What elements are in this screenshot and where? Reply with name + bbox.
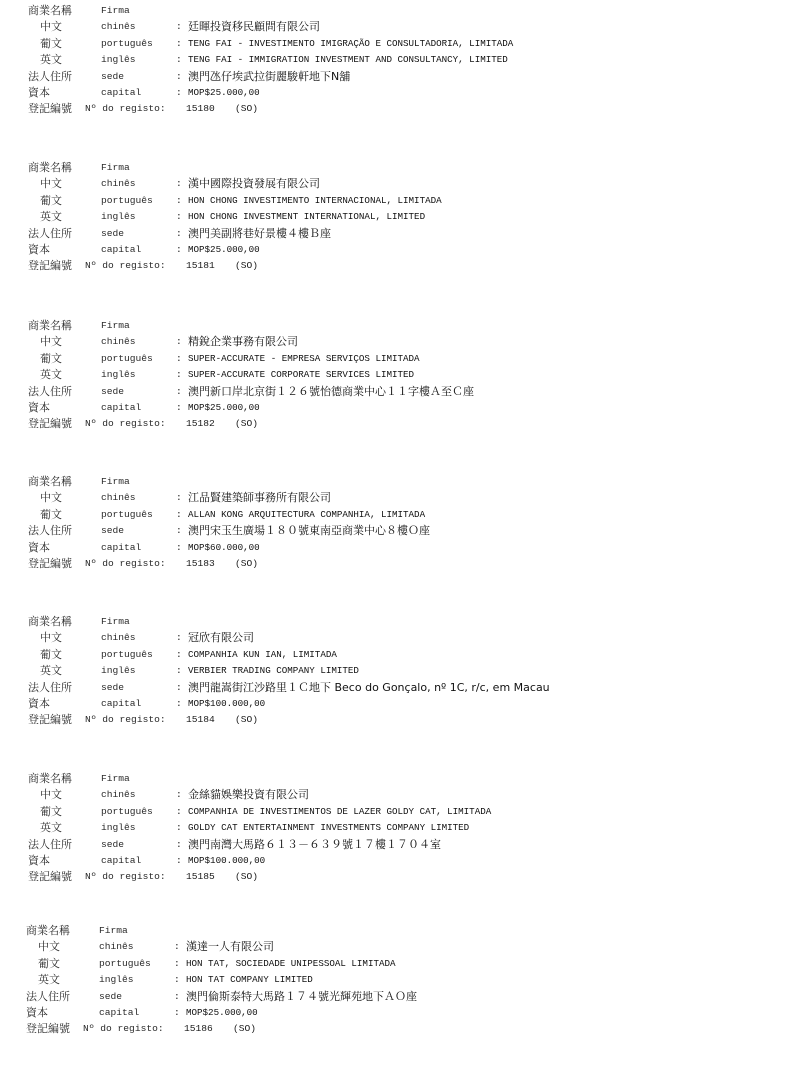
sede-label-zh: 法人住所	[28, 680, 72, 696]
capital-label-zh: 資本	[28, 853, 50, 869]
sede-label-pt: sede	[101, 680, 124, 696]
registo-label-pt: Nº do registo:	[85, 416, 166, 432]
firma-label-pt: Firma	[99, 923, 128, 939]
registo-label-pt: Nº do registo:	[85, 712, 166, 728]
colon: :	[176, 242, 182, 258]
colon: :	[176, 384, 182, 400]
firma-label-pt: Firma	[101, 318, 130, 334]
firma-label-zh: 商業名稱	[26, 923, 70, 939]
ingles-label-pt: inglês	[101, 52, 136, 68]
portugues-label-pt: português	[101, 647, 153, 663]
registered-address: 澳門氹仔埃武拉街麗駿軒地下N舖	[188, 69, 350, 85]
registration-suffix: (SO)	[233, 1021, 256, 1037]
capital-value: MOP$25.000,00	[188, 85, 260, 101]
ingles-label-pt: inglês	[99, 972, 134, 988]
colon: :	[176, 540, 182, 556]
capital-value: MOP$25.000,00	[188, 400, 260, 416]
english-name: VERBIER TRADING COMPANY LIMITED	[188, 663, 359, 679]
colon: :	[176, 400, 182, 416]
capital-label-zh: 資本	[26, 1005, 48, 1021]
chines-label-pt: chinês	[101, 630, 136, 646]
sede-label-pt: sede	[101, 69, 124, 85]
portugues-label-zh: 葡文	[40, 647, 62, 663]
registered-address: 澳門南灣大馬路６１３－６３９號１７樓１７０４室	[188, 837, 441, 853]
capital-value: MOP$25.000,00	[188, 242, 260, 258]
ingles-label-zh: 英文	[40, 209, 62, 225]
colon: :	[176, 209, 182, 225]
firma-label-zh: 商業名稱	[28, 3, 72, 19]
registo-label-pt: Nº do registo:	[85, 556, 166, 572]
chines-label-zh: 中文	[40, 787, 62, 803]
sede-label-zh: 法人住所	[26, 989, 70, 1005]
firma-label-pt: Firma	[101, 771, 130, 787]
portuguese-name: HON CHONG INVESTIMENTO INTERNACIONAL, LI…	[188, 193, 442, 209]
chinese-name: 金絲貓娛樂投資有限公司	[188, 787, 309, 803]
firma-label-pt: Firma	[101, 474, 130, 490]
capital-label-zh: 資本	[28, 400, 50, 416]
portuguese-name: SUPER-ACCURATE - EMPRESA SERVIÇOS LIMITA…	[188, 351, 420, 367]
registration-number: 15186	[184, 1021, 213, 1037]
sede-label-pt: sede	[101, 384, 124, 400]
capital-label-pt: capital	[101, 853, 141, 869]
colon: :	[176, 367, 182, 383]
colon: :	[174, 989, 180, 1005]
chines-label-pt: chinês	[101, 19, 136, 35]
portugues-label-zh: 葡文	[40, 36, 62, 52]
portugues-label-pt: português	[101, 804, 153, 820]
registration-number: 15183	[186, 556, 215, 572]
registo-label-pt: Nº do registo:	[85, 869, 166, 885]
chinese-name: 廷暉投資移民顧問有限公司	[188, 19, 320, 35]
portugues-label-zh: 葡文	[40, 351, 62, 367]
portugues-label-pt: português	[101, 193, 153, 209]
colon: :	[174, 956, 180, 972]
capital-value: MOP$25.000,00	[186, 1005, 258, 1021]
chines-label-pt: chinês	[101, 176, 136, 192]
capital-label-pt: capital	[101, 85, 141, 101]
capital-label-pt: capital	[101, 242, 141, 258]
colon: :	[176, 853, 182, 869]
ingles-label-zh: 英文	[40, 367, 62, 383]
ingles-label-pt: inglês	[101, 820, 136, 836]
colon: :	[176, 680, 182, 696]
registered-address: 澳門宋玉生廣場１８０號東南亞商業中心８樓Ｏ座	[188, 523, 430, 539]
registered-address: 澳門美副將巷好景樓４樓Ｂ座	[188, 226, 331, 242]
colon: :	[176, 490, 182, 506]
firma-label-pt: Firma	[101, 160, 130, 176]
ingles-label-pt: inglês	[101, 663, 136, 679]
sede-label-zh: 法人住所	[28, 837, 72, 853]
portuguese-name: HON TAT, SOCIEDADE UNIPESSOAL LIMITADA	[186, 956, 396, 972]
registo-label-pt: Nº do registo:	[83, 1021, 164, 1037]
chines-label-pt: chinês	[99, 939, 134, 955]
registration-number: 15180	[186, 101, 215, 117]
english-name: HON TAT COMPANY LIMITED	[186, 972, 313, 988]
ingles-label-pt: inglês	[101, 209, 136, 225]
english-name: TENG FAI - IMMIGRATION INVESTMENT AND CO…	[188, 52, 508, 68]
colon: :	[176, 226, 182, 242]
chines-label-pt: chinês	[101, 787, 136, 803]
portugues-label-zh: 葡文	[40, 193, 62, 209]
portuguese-name: TENG FAI - INVESTIMENTO IMIGRAÇÃO E CONS…	[188, 36, 513, 52]
registration-suffix: (SO)	[235, 101, 258, 117]
chines-label-zh: 中文	[40, 630, 62, 646]
registo-label-zh: 登記編號	[28, 712, 72, 728]
registo-label-pt: Nº do registo:	[85, 258, 166, 274]
ingles-label-zh: 英文	[40, 52, 62, 68]
registration-number: 15185	[186, 869, 215, 885]
registered-address: 澳門龍嵩街江沙路里１Ｃ地下 Beco do Gonçalo, nº 1C, r/…	[188, 680, 550, 696]
sede-label-zh: 法人住所	[28, 69, 72, 85]
chines-label-zh: 中文	[38, 939, 60, 955]
portuguese-name: ALLAN KONG ARQUITECTURA COMPANHIA, LIMIT…	[188, 507, 425, 523]
ingles-label-zh: 英文	[40, 820, 62, 836]
chinese-name: 江品賢建築師事務所有限公司	[188, 490, 331, 506]
registo-label-zh: 登記編號	[28, 258, 72, 274]
colon: :	[176, 351, 182, 367]
portugues-label-zh: 葡文	[38, 956, 60, 972]
colon: :	[176, 804, 182, 820]
chines-label-zh: 中文	[40, 176, 62, 192]
capital-value: MOP$100.000,00	[188, 853, 265, 869]
firma-label-zh: 商業名稱	[28, 771, 72, 787]
colon: :	[176, 19, 182, 35]
registo-label-zh: 登記編號	[28, 416, 72, 432]
capital-value: MOP$100.000,00	[188, 696, 265, 712]
colon: :	[174, 972, 180, 988]
sede-label-pt: sede	[101, 523, 124, 539]
sede-label-zh: 法人住所	[28, 384, 72, 400]
sede-label-zh: 法人住所	[28, 226, 72, 242]
sede-label-pt: sede	[101, 837, 124, 853]
colon: :	[176, 523, 182, 539]
colon: :	[176, 507, 182, 523]
capital-label-pt: capital	[101, 540, 141, 556]
ingles-label-zh: 英文	[38, 972, 60, 988]
colon: :	[176, 820, 182, 836]
colon: :	[174, 1005, 180, 1021]
registration-suffix: (SO)	[235, 416, 258, 432]
registo-label-zh: 登記編號	[28, 101, 72, 117]
colon: :	[176, 647, 182, 663]
colon: :	[176, 334, 182, 350]
registo-label-zh: 登記編號	[28, 556, 72, 572]
chines-label-zh: 中文	[40, 490, 62, 506]
colon: :	[176, 36, 182, 52]
colon: :	[176, 837, 182, 853]
colon: :	[176, 630, 182, 646]
capital-label-zh: 資本	[28, 696, 50, 712]
chines-label-pt: chinês	[101, 334, 136, 350]
chinese-name: 精銳企業事務有限公司	[188, 334, 298, 350]
registo-label-zh: 登記編號	[26, 1021, 70, 1037]
registo-label-zh: 登記編號	[28, 869, 72, 885]
chinese-name: 漢中國際投資發展有限公司	[188, 176, 320, 192]
english-name: SUPER-ACCURATE CORPORATE SERVICES LIMITE…	[188, 367, 414, 383]
capital-value: MOP$60.000,00	[188, 540, 260, 556]
colon: :	[176, 69, 182, 85]
firma-label-pt: Firma	[101, 614, 130, 630]
capital-label-pt: capital	[101, 696, 141, 712]
portugues-label-pt: português	[101, 351, 153, 367]
firma-label-zh: 商業名稱	[28, 474, 72, 490]
colon: :	[176, 787, 182, 803]
capital-label-zh: 資本	[28, 242, 50, 258]
colon: :	[176, 85, 182, 101]
colon: :	[174, 939, 180, 955]
registration-number: 15181	[186, 258, 215, 274]
colon: :	[176, 193, 182, 209]
capital-label-zh: 資本	[28, 85, 50, 101]
chines-label-zh: 中文	[40, 19, 62, 35]
portuguese-name: COMPANHIA DE INVESTIMENTOS DE LAZER GOLD…	[188, 804, 491, 820]
registration-number: 15184	[186, 712, 215, 728]
registration-suffix: (SO)	[235, 258, 258, 274]
colon: :	[176, 176, 182, 192]
colon: :	[176, 663, 182, 679]
portugues-label-pt: português	[99, 956, 151, 972]
sede-label-zh: 法人住所	[28, 523, 72, 539]
registo-label-pt: Nº do registo:	[85, 101, 166, 117]
chinese-name: 漢達一人有限公司	[186, 939, 274, 955]
sede-label-pt: sede	[99, 989, 122, 1005]
registered-address: 澳門新口岸北京街１２６號怡德商業中心１１字樓Ａ至Ｃ座	[188, 384, 474, 400]
registration-suffix: (SO)	[235, 869, 258, 885]
firma-label-zh: 商業名稱	[28, 614, 72, 630]
english-name: GOLDY CAT ENTERTAINMENT INVESTMENTS COMP…	[188, 820, 469, 836]
capital-label-pt: capital	[101, 400, 141, 416]
registration-suffix: (SO)	[235, 556, 258, 572]
english-name: HON CHONG INVESTMENT INTERNATIONAL, LIMI…	[188, 209, 425, 225]
capital-label-zh: 資本	[28, 540, 50, 556]
firma-label-zh: 商業名稱	[28, 160, 72, 176]
firma-label-zh: 商業名稱	[28, 318, 72, 334]
portugues-label-pt: português	[101, 507, 153, 523]
ingles-label-pt: inglês	[101, 367, 136, 383]
chinese-name: 冠欣有限公司	[188, 630, 254, 646]
sede-label-pt: sede	[101, 226, 124, 242]
firma-label-pt: Firma	[101, 3, 130, 19]
portugues-label-zh: 葡文	[40, 804, 62, 820]
portugues-label-zh: 葡文	[40, 507, 62, 523]
portuguese-name: COMPANHIA KUN IAN, LIMITADA	[188, 647, 337, 663]
registration-suffix: (SO)	[235, 712, 258, 728]
colon: :	[176, 52, 182, 68]
registered-address: 澳門倫斯泰特大馬路１７４號光輝苑地下ＡＯ座	[186, 989, 417, 1005]
colon: :	[176, 696, 182, 712]
capital-label-pt: capital	[99, 1005, 139, 1021]
portugues-label-pt: português	[101, 36, 153, 52]
registration-number: 15182	[186, 416, 215, 432]
chines-label-pt: chinês	[101, 490, 136, 506]
chines-label-zh: 中文	[40, 334, 62, 350]
ingles-label-zh: 英文	[40, 663, 62, 679]
